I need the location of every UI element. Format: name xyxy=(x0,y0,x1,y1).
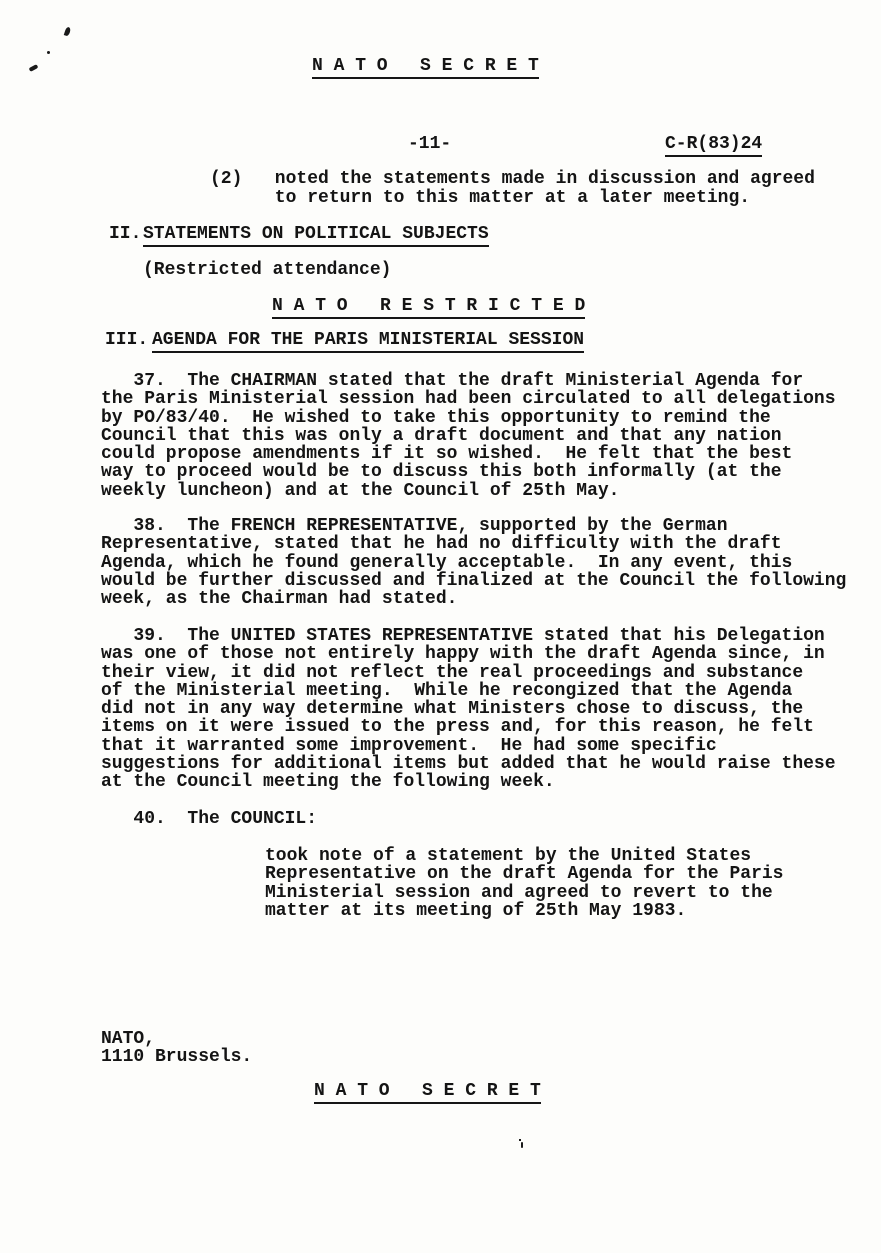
list-item-2: (2) noted the statements made in discuss… xyxy=(210,170,815,208)
paragraph-39: 39. The UNITED STATES REPRESENTATIVE sta… xyxy=(101,627,836,792)
paragraph-38: 38. The FRENCH REPRESENTATIVE, supported… xyxy=(101,517,846,608)
section-ii-title: STATEMENTS ON POLITICAL SUBJECTS xyxy=(143,224,489,247)
classification-banner-top: N A T O S E C R E T xyxy=(312,57,539,75)
footer-address: 1110 Brussels. xyxy=(101,1048,252,1066)
attendance-note: (Restricted attendance) xyxy=(143,261,391,279)
ink-speck xyxy=(521,1142,523,1148)
section-iii-title: AGENDA FOR THE PARIS MINISTERIAL SESSION xyxy=(152,330,584,353)
classification-banner-restricted: N A T O R E S T R I C T E D xyxy=(272,297,585,315)
section-iii-heading: AGENDA FOR THE PARIS MINISTERIAL SESSION xyxy=(152,331,584,349)
classification-banner-bottom-text: N A T O S E C R E T xyxy=(314,1081,541,1104)
paragraph-40-lead: 40. The COUNCIL: xyxy=(101,810,317,828)
footer-org: NATO, xyxy=(101,1030,155,1048)
document-page: N A T O S E C R E T -11- C-R(83)24 (2) n… xyxy=(0,0,881,1253)
section-ii-number: II. xyxy=(109,225,141,243)
paragraph-40-action: took note of a statement by the United S… xyxy=(265,847,783,920)
document-reference: C-R(83)24 xyxy=(665,135,762,153)
ink-speck xyxy=(47,51,50,54)
paragraph-37: 37. The CHAIRMAN stated that the draft M… xyxy=(101,372,836,500)
document-reference-text: C-R(83)24 xyxy=(665,134,762,157)
classification-banner-restricted-text: N A T O R E S T R I C T E D xyxy=(272,296,585,319)
section-ii-heading: STATEMENTS ON POLITICAL SUBJECTS xyxy=(143,225,489,243)
ink-speck xyxy=(29,64,39,72)
classification-banner-bottom: N A T O S E C R E T xyxy=(314,1082,541,1100)
section-iii-number: III. xyxy=(105,331,148,349)
ink-speck xyxy=(64,26,72,36)
page-number: -11- xyxy=(408,135,451,153)
classification-banner-top-text: N A T O S E C R E T xyxy=(312,56,539,79)
